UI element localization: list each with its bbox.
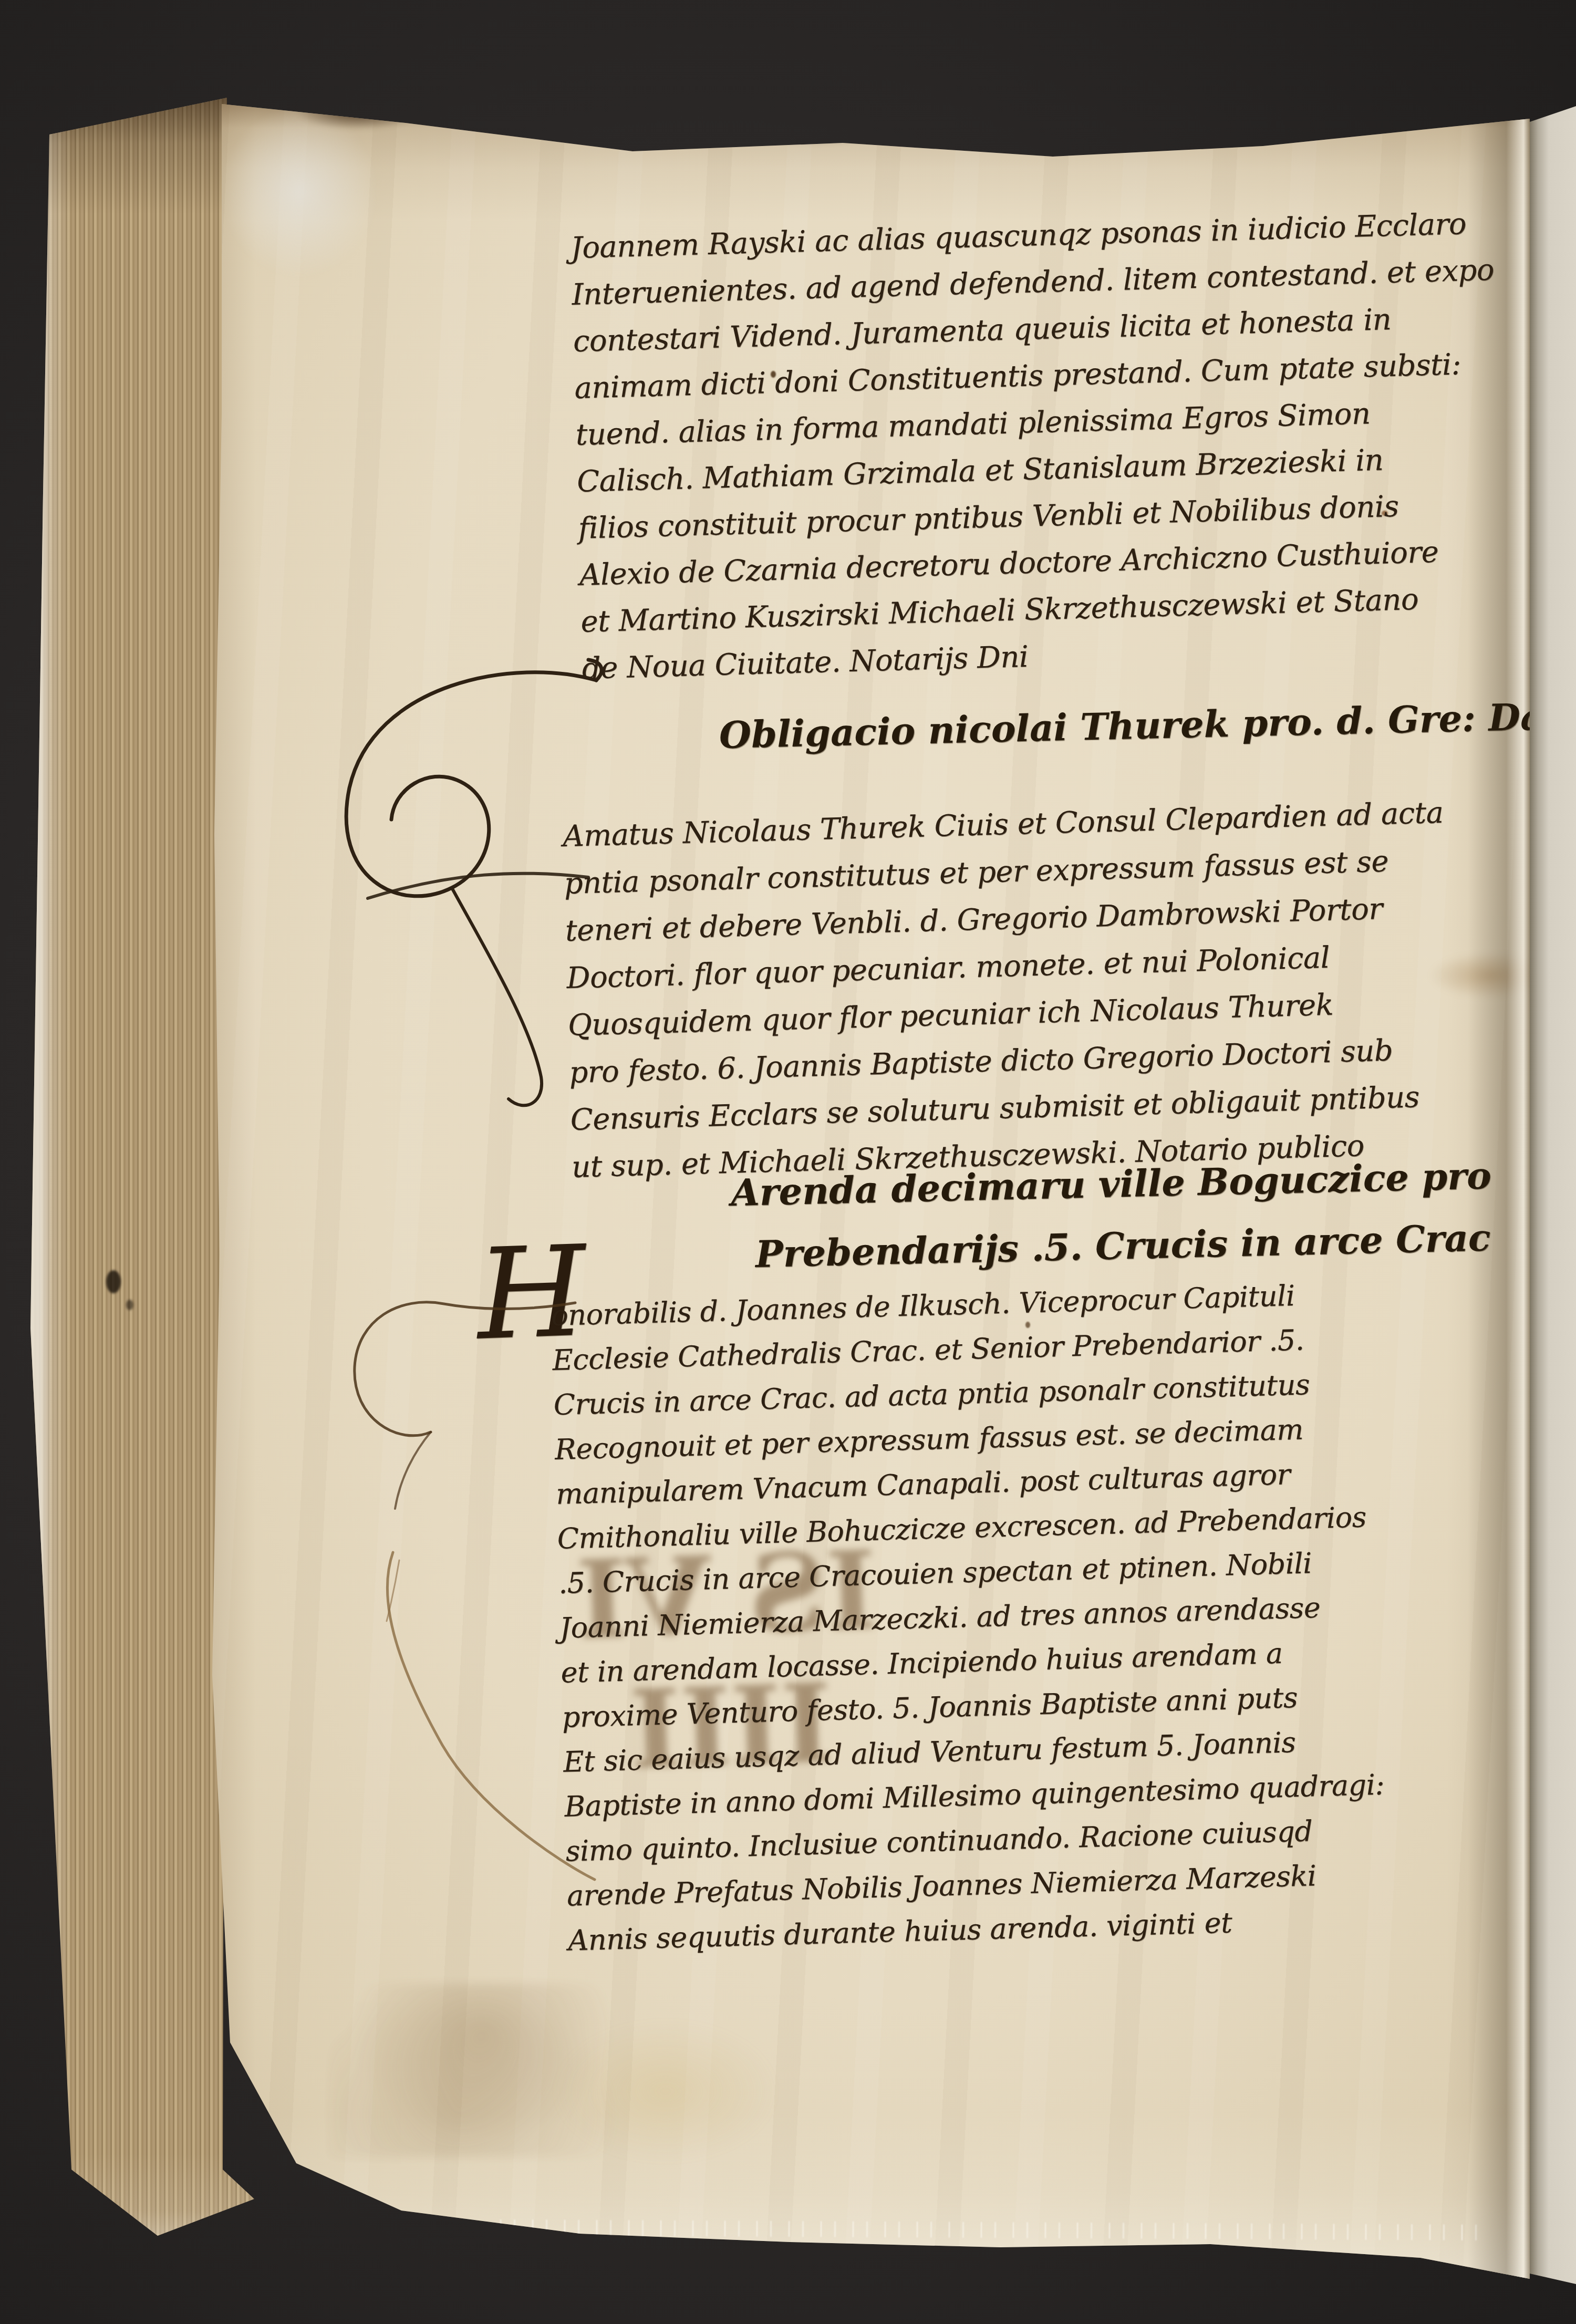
ink-spot xyxy=(106,1270,121,1293)
frayed-bottom-edge-fibers xyxy=(500,2219,1482,2240)
entry3-paragraph: onorabilis d. Joannes de Ilkusch. Vicepr… xyxy=(551,1271,1388,1963)
top-edge-scorch-stain xyxy=(295,94,421,130)
show-through-smudge xyxy=(330,1984,635,2157)
top-edge-scorch-stain xyxy=(721,95,910,145)
entry2-heading: Obligacio nicolai Thurek pro. d. Gre: Da… xyxy=(719,693,1576,757)
entry3-heading: Arenda decimaru ville Boguczice pro Preb… xyxy=(730,1145,1494,1286)
manuscript-page: IS VI IIII Joannem Rayski ac alias quasc… xyxy=(206,98,1541,2286)
facing-page-edge xyxy=(1530,101,1576,2286)
entry2-paragraph: Amatus Nicolaus Thurek Ciuis et Consul C… xyxy=(562,790,1453,1191)
scanned-book-photo: IS VI IIII Joannem Rayski ac alias quasc… xyxy=(0,0,1576,2324)
ink-spot xyxy=(126,1300,133,1310)
entry1-paragraph: Joannem Rayski ac alias quascunqz psonas… xyxy=(570,200,1505,692)
corner-abrasion xyxy=(221,105,378,278)
